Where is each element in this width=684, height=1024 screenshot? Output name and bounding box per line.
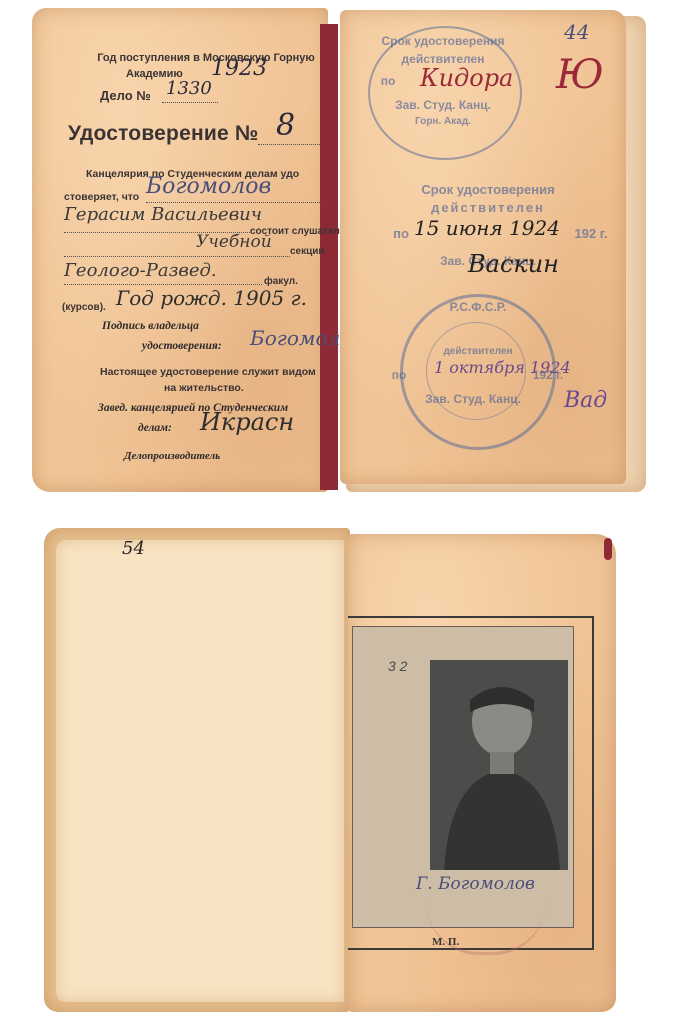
- surname-dots: [146, 202, 322, 203]
- page-number-44: 44: [564, 20, 589, 44]
- seal-place-label: М. П.: [432, 936, 459, 948]
- residence-note-2: на жительство.: [164, 382, 244, 394]
- portrait-photo: [430, 660, 568, 870]
- stamp3-date-handwritten: 1 октября 1924: [434, 358, 571, 377]
- stamp3-line-2: по: [384, 368, 414, 382]
- stamp1-line-5: Горн. Акад.: [378, 116, 508, 127]
- bottom-spread: 54 3 2 Г. Богомолов М. П.: [36, 518, 644, 1018]
- residence-note-1: Настоящее удостоверение служит видом: [100, 366, 316, 378]
- section-dots: [64, 256, 290, 257]
- given-names-handwritten: Герасим Васильевич: [64, 204, 262, 225]
- stamp3-line-1: действителен: [418, 346, 538, 357]
- owner-signature-label-1: Подпись владельца: [102, 320, 199, 332]
- clerk-label: Делопроизводитель: [124, 450, 220, 462]
- owner-signature: Богомол: [250, 326, 340, 350]
- faculty-dots: [64, 284, 262, 285]
- stamp2-line-3: по: [386, 226, 416, 241]
- red-flourish-signature: Ю: [556, 52, 604, 98]
- head-label-2: делам:: [138, 422, 172, 434]
- stamp1-line-3: по: [368, 74, 408, 88]
- spine-binding: [320, 24, 338, 490]
- delo-dots: [162, 102, 218, 103]
- stamp3-line-4: Зав. Студ. Канц.: [388, 392, 558, 406]
- surname-handwritten: Богомолов: [146, 174, 271, 199]
- chancellery-line-2: стоверяет, что: [64, 191, 139, 203]
- stamp2-line-4: 192 г.: [556, 226, 626, 241]
- section-handwritten: Учебной: [196, 232, 272, 252]
- corner-red-binding: [604, 538, 612, 560]
- stamp1-line-1: Срок удостоверения: [378, 34, 508, 48]
- stamp2-line-2: действителен: [378, 200, 598, 215]
- owner-signature-label-2: удостоверения:: [142, 340, 222, 352]
- stamp3-signature: Вад: [564, 388, 607, 413]
- head-signature: Икрасн: [200, 408, 294, 436]
- section-label: секции: [290, 246, 325, 257]
- admission-year-label: Год поступления в Московскую Горную: [86, 52, 326, 64]
- delo-label: Дело №: [100, 88, 151, 103]
- bottom-left-page: [56, 540, 344, 1002]
- courses-label: (курсов).: [62, 302, 106, 313]
- delo-number-handwritten: 1330: [166, 78, 212, 99]
- cert-number-handwritten: 8: [276, 108, 295, 143]
- certificate-title: Удостоверение №: [68, 122, 258, 146]
- stamp1-line-4: Зав. Студ. Канц.: [378, 98, 508, 112]
- round-seal-text: Р.С.Ф.С.Р.: [428, 300, 528, 314]
- photo-caption-signature: Г. Богомолов: [416, 874, 535, 894]
- cert-number-dots: [258, 144, 320, 145]
- birth-year-handwritten: Год рожд. 1905 г.: [116, 286, 307, 310]
- photo-corner-marks: 3 2: [388, 658, 407, 674]
- stamp2-signature: Васкин: [468, 250, 559, 278]
- stamp2-line-1: Срок удостоверения: [378, 182, 598, 197]
- stamp2-date-handwritten: 15 июня 1924: [414, 216, 560, 240]
- stamp1-signature: Кидора: [420, 64, 513, 92]
- top-spread: Год поступления в Московскую Горную Акад…: [28, 4, 658, 500]
- admission-year-handwritten: 1923: [211, 56, 267, 81]
- portrait-figure-icon: [430, 660, 568, 870]
- page-number-54: 54: [122, 538, 145, 559]
- faculty-handwritten: Геолого-Развед.: [64, 260, 217, 281]
